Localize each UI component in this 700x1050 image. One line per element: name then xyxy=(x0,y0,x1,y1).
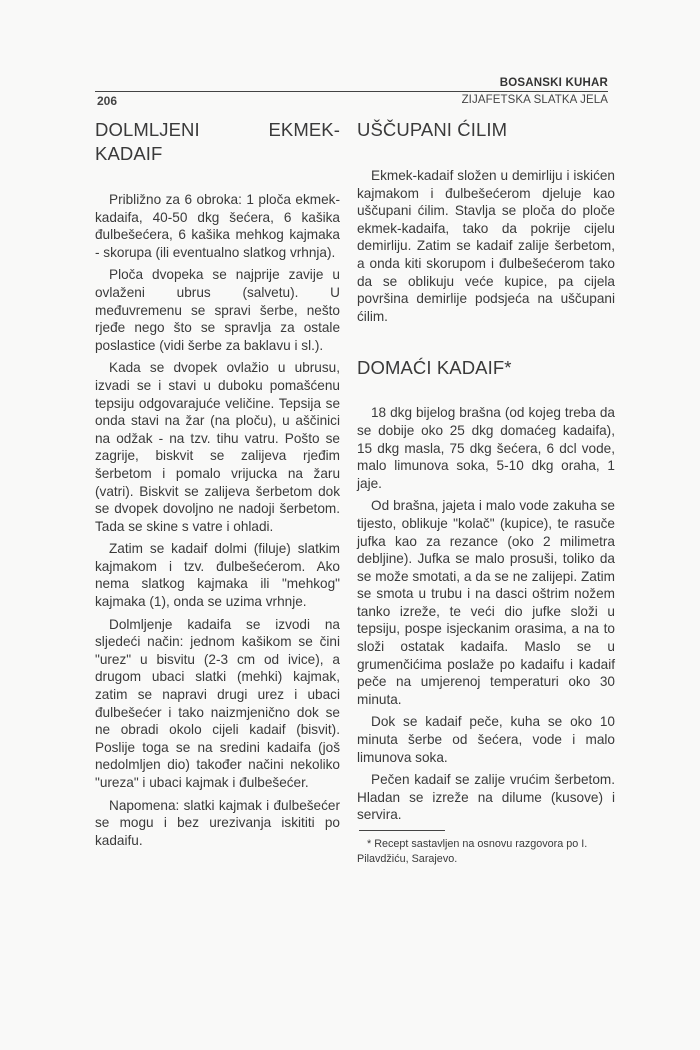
right-column: UŠČUPANI ĆILIM Ekmek-kadaif složen u dem… xyxy=(357,118,615,867)
footnote: * Recept sastavljen na osnovu razgovora … xyxy=(357,837,615,867)
book-page: BOSANSKI KUHAR 206 ZIJAFETSKA SLATKA JEL… xyxy=(0,0,700,1050)
recipe-title-domaci-kadaif: DOMAĆI KADAIF* xyxy=(357,356,615,380)
paragraph: Pečen kadaif se zalije vrućim šerbetom. … xyxy=(357,771,615,824)
footnote-rule xyxy=(359,830,445,831)
paragraph: Ekmek-kadaif složen u demirliju i iskiće… xyxy=(357,167,615,325)
recipe-title-dolmljeni-ekmek-kadaif: DOLMLJENI EKMEK-KADAIF xyxy=(95,118,340,166)
section-title: ZIJAFETSKA SLATKA JELA xyxy=(462,94,608,106)
book-title: BOSANSKI KUHAR xyxy=(500,77,608,89)
paragraph: 18 dkg bijelog brašna (od kojeg treba da… xyxy=(357,404,615,492)
paragraph: Napomena: slatki kajmak i đulbešećer se … xyxy=(95,797,340,850)
header-rule xyxy=(95,91,608,92)
recipe-title-uscupani-cilim: UŠČUPANI ĆILIM xyxy=(357,118,615,142)
paragraph: Od brašna, jajeta i malo vode zakuha se … xyxy=(357,497,615,708)
paragraph: Dolmljenje kadaifa se izvodi na sljedeći… xyxy=(95,616,340,792)
left-column: DOLMLJENI EKMEK-KADAIF Približno za 6 ob… xyxy=(95,118,340,854)
paragraph: Ploča dvopeka se najprije zavije u ovlaž… xyxy=(95,266,340,354)
paragraph: Kada se dvopek ovlažio u ubrusu, izvadi … xyxy=(95,359,340,535)
page-number: 206 xyxy=(97,94,117,108)
paragraph: Dok se kadaif peče, kuha se oko 10 minut… xyxy=(357,713,615,766)
paragraph: Približno za 6 obroka: 1 ploča ekmek-kad… xyxy=(95,191,340,261)
paragraph: Zatim se kadaif dolmi (filuje) slatkim k… xyxy=(95,540,340,610)
